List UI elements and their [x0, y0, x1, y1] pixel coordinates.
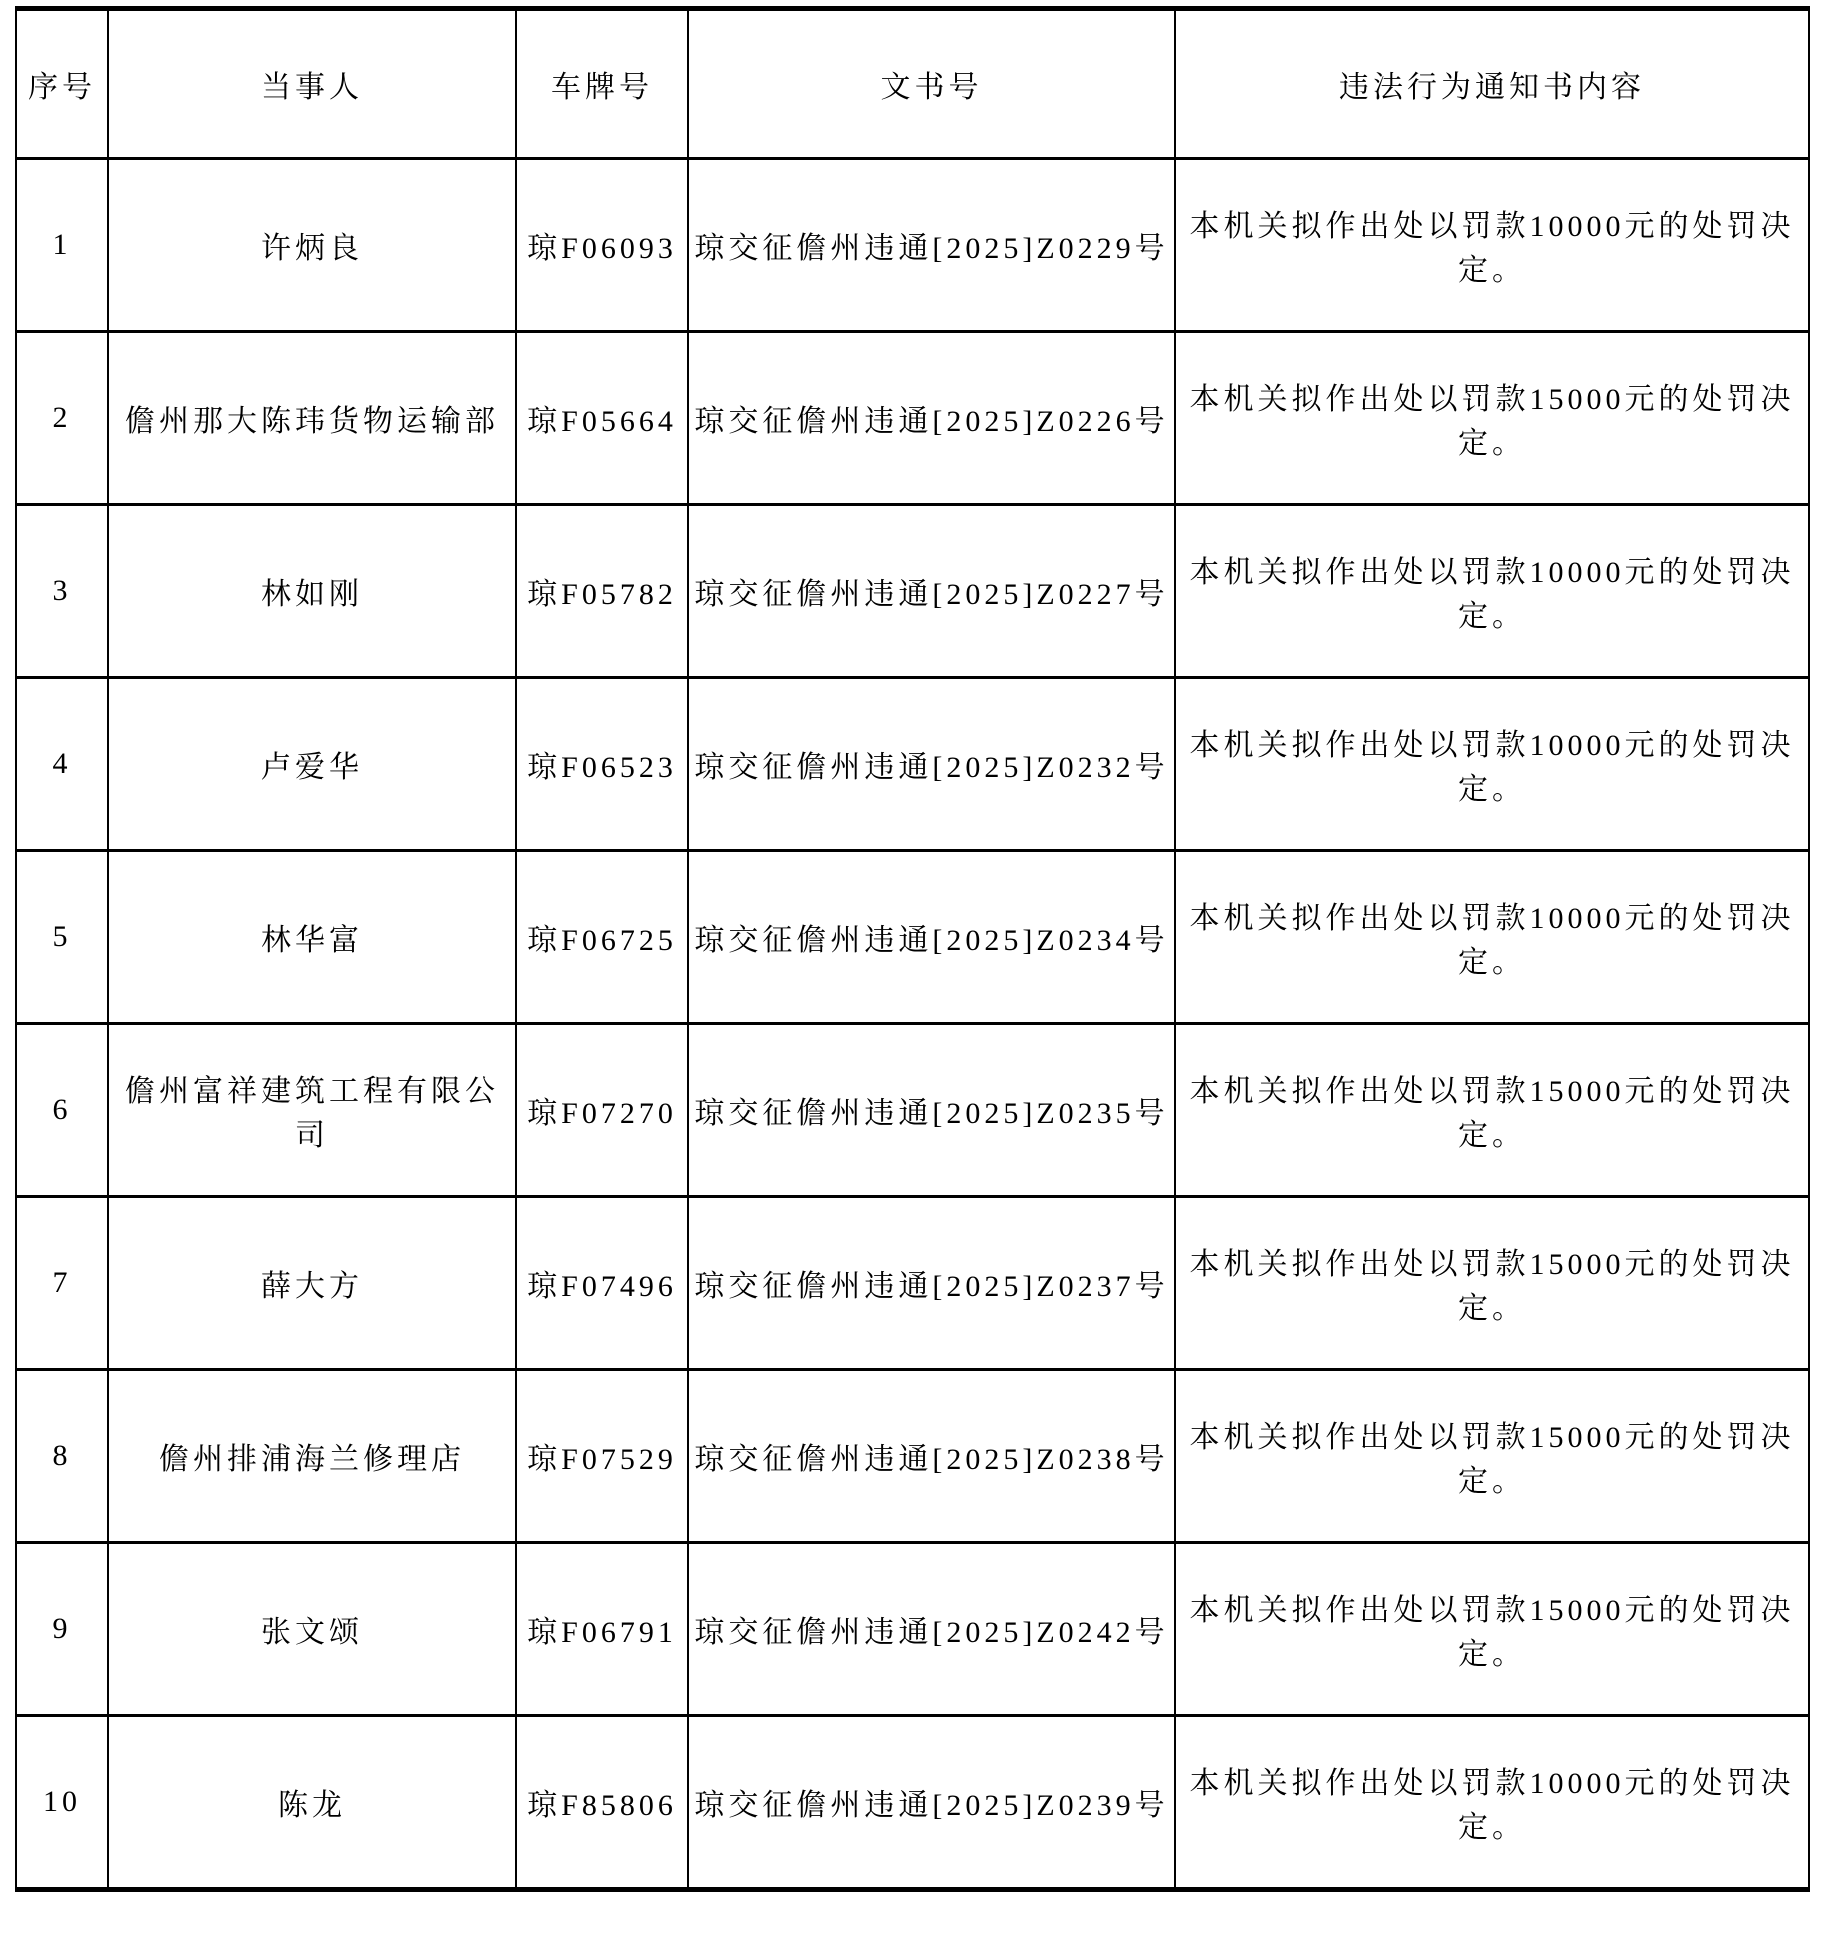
table-row: 7 薛大方 琼F07496 琼交征儋州违通[2025]Z0237号 本机关拟作出… — [16, 1197, 1809, 1370]
cell-seq: 1 — [16, 159, 108, 332]
cell-seq: 10 — [16, 1716, 108, 1890]
cell-plate: 琼F07529 — [516, 1370, 688, 1543]
table-row: 1 许炳良 琼F06093 琼交征儋州违通[2025]Z0229号 本机关拟作出… — [16, 159, 1809, 332]
cell-notice: 本机关拟作出处以罚款15000元的处罚决定。 — [1175, 1543, 1809, 1716]
cell-notice: 本机关拟作出处以罚款15000元的处罚决定。 — [1175, 332, 1809, 505]
table-row: 9 张文颂 琼F06791 琼交征儋州违通[2025]Z0242号 本机关拟作出… — [16, 1543, 1809, 1716]
cell-plate: 琼F06725 — [516, 851, 688, 1024]
cell-seq: 2 — [16, 332, 108, 505]
cell-plate: 琼F07270 — [516, 1024, 688, 1197]
cell-doc-no: 琼交征儋州违通[2025]Z0226号 — [688, 332, 1175, 505]
cell-seq: 5 — [16, 851, 108, 1024]
table-row: 6 儋州富祥建筑工程有限公司 琼F07270 琼交征儋州违通[2025]Z023… — [16, 1024, 1809, 1197]
cell-plate: 琼F05664 — [516, 332, 688, 505]
cell-doc-no: 琼交征儋州违通[2025]Z0229号 — [688, 159, 1175, 332]
cell-doc-no: 琼交征儋州违通[2025]Z0237号 — [688, 1197, 1175, 1370]
header-cell-doc-no: 文书号 — [688, 9, 1175, 159]
violation-notice-table: 序号 当事人 车牌号 文书号 违法行为通知书内容 1 许炳良 琼F06093 琼… — [15, 6, 1810, 1892]
cell-party: 林华富 — [108, 851, 516, 1024]
header-cell-party: 当事人 — [108, 9, 516, 159]
cell-seq: 7 — [16, 1197, 108, 1370]
table-row: 2 儋州那大陈玮货物运输部 琼F05664 琼交征儋州违通[2025]Z0226… — [16, 332, 1809, 505]
cell-doc-no: 琼交征儋州违通[2025]Z0235号 — [688, 1024, 1175, 1197]
header-cell-plate: 车牌号 — [516, 9, 688, 159]
cell-party: 张文颂 — [108, 1543, 516, 1716]
cell-notice: 本机关拟作出处以罚款10000元的处罚决定。 — [1175, 851, 1809, 1024]
cell-doc-no: 琼交征儋州违通[2025]Z0234号 — [688, 851, 1175, 1024]
cell-seq: 6 — [16, 1024, 108, 1197]
cell-plate: 琼F05782 — [516, 505, 688, 678]
cell-notice: 本机关拟作出处以罚款10000元的处罚决定。 — [1175, 1716, 1809, 1890]
cell-party: 林如刚 — [108, 505, 516, 678]
cell-plate: 琼F85806 — [516, 1716, 688, 1890]
cell-party: 儋州那大陈玮货物运输部 — [108, 332, 516, 505]
cell-party: 儋州排浦海兰修理店 — [108, 1370, 516, 1543]
cell-party: 陈龙 — [108, 1716, 516, 1890]
table-row: 10 陈龙 琼F85806 琼交征儋州违通[2025]Z0239号 本机关拟作出… — [16, 1716, 1809, 1890]
cell-seq: 3 — [16, 505, 108, 678]
cell-seq: 4 — [16, 678, 108, 851]
table-row: 5 林华富 琼F06725 琼交征儋州违通[2025]Z0234号 本机关拟作出… — [16, 851, 1809, 1024]
cell-notice: 本机关拟作出处以罚款15000元的处罚决定。 — [1175, 1024, 1809, 1197]
cell-doc-no: 琼交征儋州违通[2025]Z0238号 — [688, 1370, 1175, 1543]
table-row: 3 林如刚 琼F05782 琼交征儋州违通[2025]Z0227号 本机关拟作出… — [16, 505, 1809, 678]
cell-plate: 琼F06523 — [516, 678, 688, 851]
cell-plate: 琼F06093 — [516, 159, 688, 332]
cell-notice: 本机关拟作出处以罚款10000元的处罚决定。 — [1175, 678, 1809, 851]
header-cell-seq: 序号 — [16, 9, 108, 159]
cell-party: 卢爱华 — [108, 678, 516, 851]
cell-notice: 本机关拟作出处以罚款15000元的处罚决定。 — [1175, 1370, 1809, 1543]
cell-notice: 本机关拟作出处以罚款10000元的处罚决定。 — [1175, 159, 1809, 332]
cell-seq: 8 — [16, 1370, 108, 1543]
cell-party: 薛大方 — [108, 1197, 516, 1370]
cell-plate: 琼F06791 — [516, 1543, 688, 1716]
cell-doc-no: 琼交征儋州违通[2025]Z0239号 — [688, 1716, 1175, 1890]
header-cell-notice: 违法行为通知书内容 — [1175, 9, 1809, 159]
cell-seq: 9 — [16, 1543, 108, 1716]
cell-doc-no: 琼交征儋州违通[2025]Z0227号 — [688, 505, 1175, 678]
table-header-row: 序号 当事人 车牌号 文书号 违法行为通知书内容 — [16, 9, 1809, 159]
cell-plate: 琼F07496 — [516, 1197, 688, 1370]
cell-notice: 本机关拟作出处以罚款15000元的处罚决定。 — [1175, 1197, 1809, 1370]
table-row: 4 卢爱华 琼F06523 琼交征儋州违通[2025]Z0232号 本机关拟作出… — [16, 678, 1809, 851]
cell-doc-no: 琼交征儋州违通[2025]Z0232号 — [688, 678, 1175, 851]
cell-doc-no: 琼交征儋州违通[2025]Z0242号 — [688, 1543, 1175, 1716]
cell-notice: 本机关拟作出处以罚款10000元的处罚决定。 — [1175, 505, 1809, 678]
table-row: 8 儋州排浦海兰修理店 琼F07529 琼交征儋州违通[2025]Z0238号 … — [16, 1370, 1809, 1543]
cell-party: 儋州富祥建筑工程有限公司 — [108, 1024, 516, 1197]
cell-party: 许炳良 — [108, 159, 516, 332]
